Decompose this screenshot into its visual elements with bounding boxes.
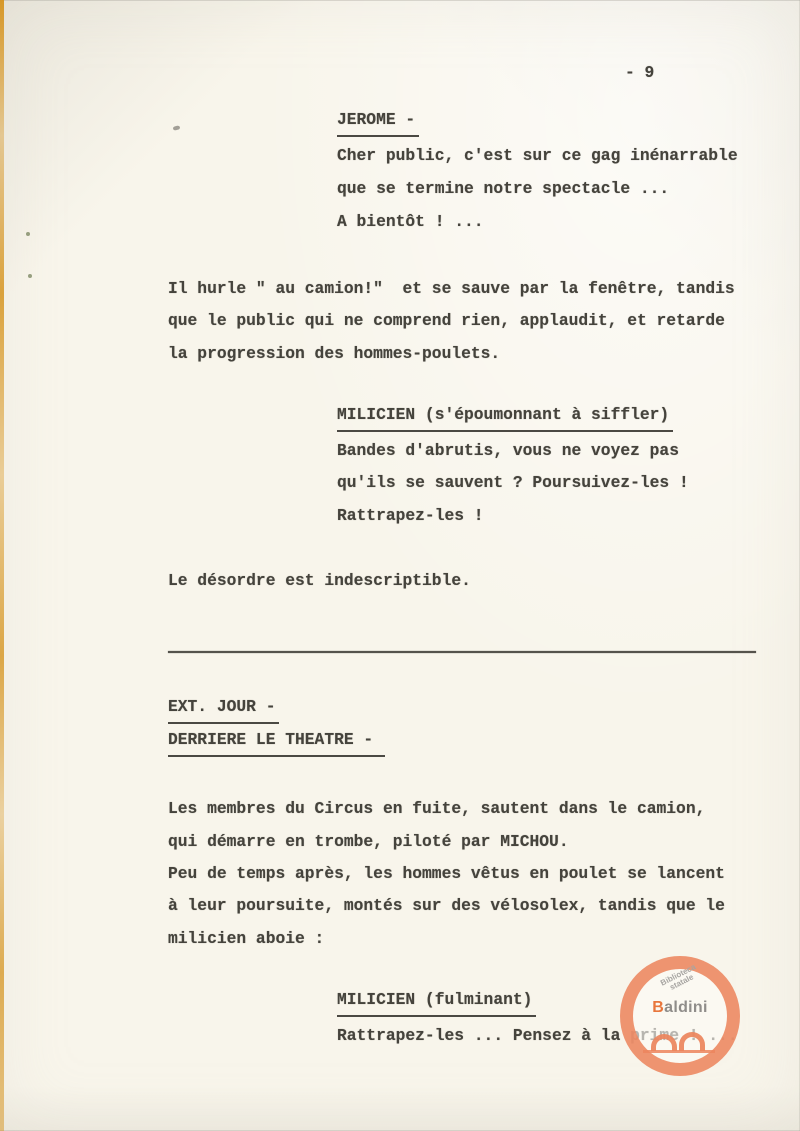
action-line: Le désordre est indescriptible. <box>168 571 471 593</box>
character-heading-jerome: JEROME - <box>337 110 419 137</box>
action-line: milicien aboie : <box>168 929 324 951</box>
dialogue-line: Cher public, c'est sur ce gag inénarrabl… <box>337 146 738 168</box>
scene-heading-derriere-theatre: DERRIERE LE THEATRE - <box>168 730 385 757</box>
dialogue-line: A bientôt ! ... <box>337 212 484 234</box>
dialogue-line: que se termine notre spectacle ... <box>337 179 669 201</box>
action-line: Peu de temps après, les hommes vêtus en … <box>168 864 725 886</box>
open-book-icon <box>649 1021 711 1055</box>
action-line: à leur poursuite, montés sur des vélosol… <box>168 896 725 918</box>
page-number: - 9 <box>625 63 654 85</box>
paper-speck <box>26 232 30 236</box>
library-stamp: Biblioteca statale Baldini <box>620 956 740 1076</box>
dialogue-line: Rattrapez-les ! <box>337 506 484 528</box>
paper-speck <box>28 274 32 278</box>
action-line: la progression des hommes-poulets. <box>168 344 500 366</box>
character-heading-milicien-fulminant: MILICIEN (fulminant) <box>337 990 536 1017</box>
paper-binding-edge <box>0 0 4 1131</box>
paper-speck <box>173 125 181 131</box>
scene-divider-rule <box>168 651 756 653</box>
action-line: que le public qui ne comprend rien, appl… <box>168 311 725 333</box>
script-page: - 9 JEROME - Cher public, c'est sur ce g… <box>0 0 800 1131</box>
character-heading-milicien: MILICIEN (s'époumonnant à siffler) <box>337 405 673 432</box>
action-line: Il hurle " au camion!" et se sauve par l… <box>168 279 735 301</box>
dialogue-line: Bandes d'abrutis, vous ne voyez pas <box>337 441 679 463</box>
book-spine <box>643 1050 715 1053</box>
dialogue-line: qu'ils se sauvent ? Poursuivez-les ! <box>337 473 689 495</box>
action-line: qui démarre en trombe, piloté par MICHOU… <box>168 832 569 854</box>
stamp-name-initial: B <box>652 999 664 1016</box>
action-line: Les membres du Circus en fuite, sautent … <box>168 799 705 821</box>
stamp-institution-text: Biblioteca statale <box>659 963 700 995</box>
stamp-name: Baldini <box>633 999 727 1017</box>
book-right-page <box>679 1032 705 1051</box>
scene-heading-ext-jour: EXT. JOUR - <box>168 697 279 724</box>
book-left-page <box>651 1034 677 1051</box>
stamp-name-rest: aldini <box>664 999 708 1016</box>
